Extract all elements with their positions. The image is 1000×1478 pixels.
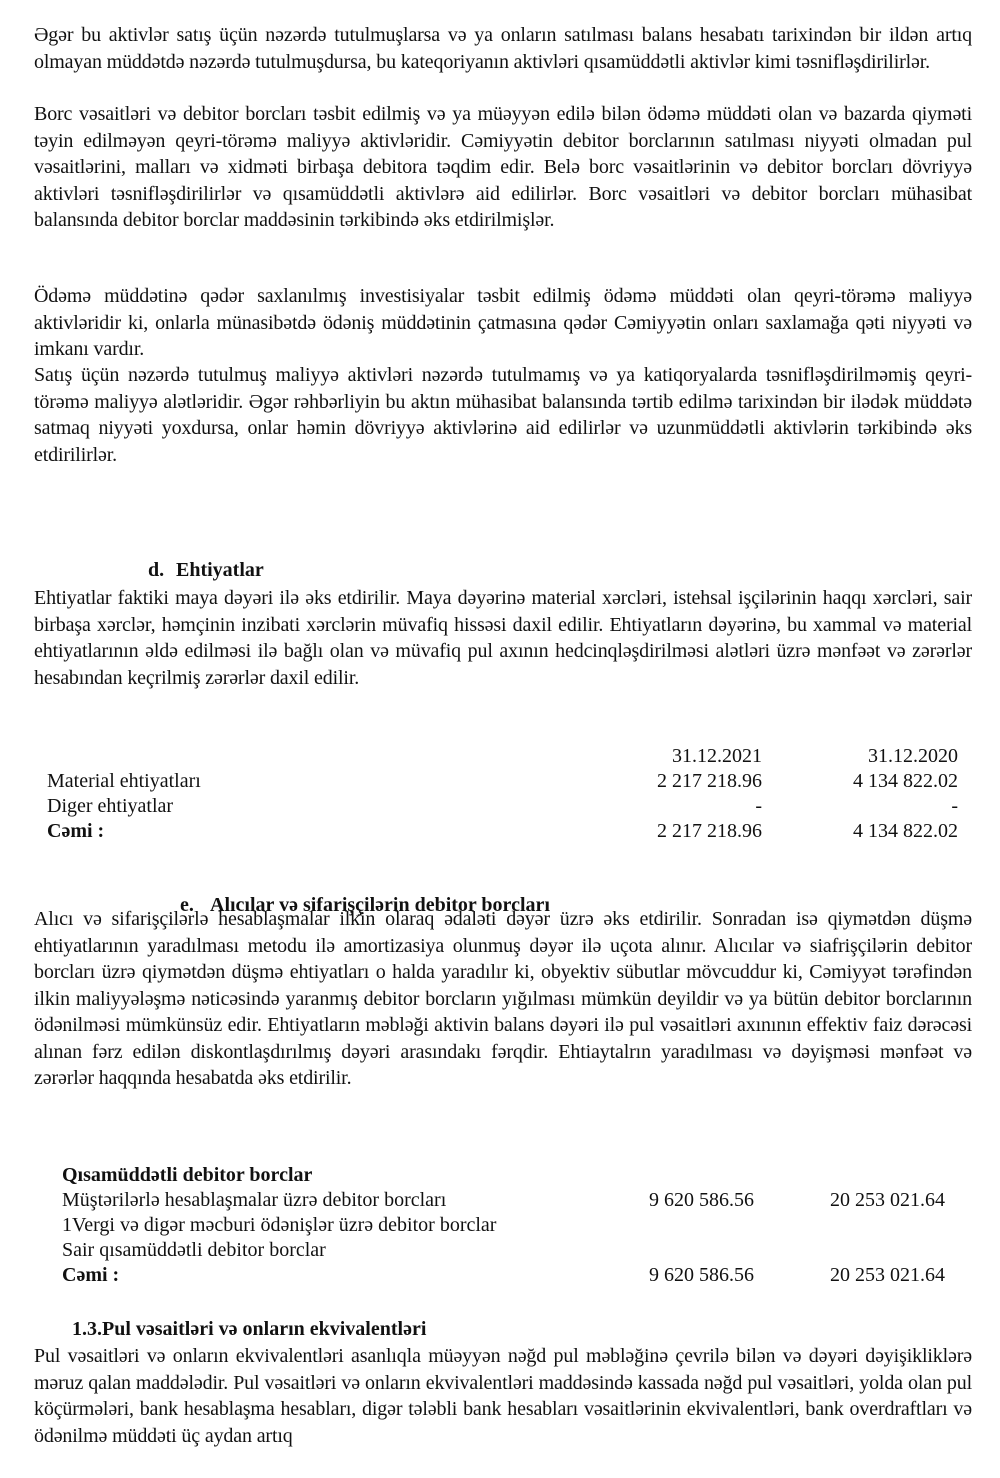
paragraph-held-to-maturity: Ödəmə müddətinə qədər saxlanılmış invest… <box>34 283 972 363</box>
table-header-row: 31.12.2021 31.12.2020 <box>34 744 972 769</box>
value-2020: 20 253 021.64 <box>830 1188 945 1213</box>
table-total-row: Cəmi : 9 620 586.56 20 253 021.64 <box>34 1263 972 1288</box>
row-label: Material ehtiyatları <box>47 769 201 794</box>
column-header-2020: 31.12.2020 <box>868 744 958 769</box>
row-label: Cəmi : <box>47 819 104 844</box>
inventory-table: 31.12.2021 31.12.2020 Material ehtiyatla… <box>34 744 972 844</box>
table-row: 1Vergi və digər məcburi ödənişlər üzrə d… <box>34 1213 972 1238</box>
value-2021: 9 620 586.56 <box>649 1263 754 1288</box>
table-total-row: Cəmi : 2 217 218.96 4 134 822.02 <box>34 819 972 844</box>
row-label: Diger ehtiyatlar <box>47 794 173 819</box>
value-2020: 4 134 822.02 <box>853 769 958 794</box>
row-label: Sair qısamüddətli debitor borclar <box>62 1238 552 1263</box>
section-d-heading: d.Ehtiyatlar <box>148 557 264 583</box>
row-label: Cəmi : <box>62 1263 552 1288</box>
receivables-table-title: Qısamüddətli debitor borclar <box>34 1163 972 1188</box>
section-e-body: Alıcı və sifarişçilərlə hesablaşmalar il… <box>34 906 972 1092</box>
row-label: Müştərilərlə hesablaşmalar üzrə debitor … <box>62 1188 552 1213</box>
receivables-table: Qısamüddətli debitor borclar Müştərilərl… <box>34 1163 972 1288</box>
table-row: Müştərilərlə hesablaşmalar üzrə debitor … <box>34 1188 972 1213</box>
table-row: Sair qısamüddətli debitor borclar <box>34 1238 972 1263</box>
table-row: Material ehtiyatları 2 217 218.96 4 134 … <box>34 769 972 794</box>
value-2020: 4 134 822.02 <box>853 819 958 844</box>
section-1-3-heading: 1.3.Pul vəsaitləri və onların ekvivalent… <box>72 1316 426 1342</box>
paragraph-available-for-sale: Satış üçün nəzərdə tutulmuş maliyyə akti… <box>34 362 972 468</box>
value-2020: 20 253 021.64 <box>830 1263 945 1288</box>
value-2020: - <box>951 794 958 819</box>
section-d-marker: d. <box>148 557 176 583</box>
section-1-3-body: Pul vəsaitləri və onların ekvivalentləri… <box>34 1343 972 1449</box>
value-2021: - <box>755 794 762 819</box>
column-header-2021: 31.12.2021 <box>672 744 762 769</box>
table-row: Diger ehtiyatlar - - <box>34 794 972 819</box>
row-label: 1Vergi və digər məcburi ödənişlər üzrə d… <box>62 1213 552 1238</box>
value-2021: 2 217 218.96 <box>657 769 762 794</box>
paragraph-loans-receivables: Borc vəsaitləri və debitor borcları təsb… <box>34 101 972 234</box>
section-d-body: Ehtiyatlar faktiki maya dəyəri ilə əks e… <box>34 585 972 691</box>
value-2021: 9 620 586.56 <box>649 1188 754 1213</box>
paragraph-current-assets: Əgər bu aktivlər satış üçün nəzərdə tutu… <box>34 22 972 75</box>
section-d-title: Ehtiyatlar <box>176 559 264 581</box>
value-2021: 2 217 218.96 <box>657 819 762 844</box>
